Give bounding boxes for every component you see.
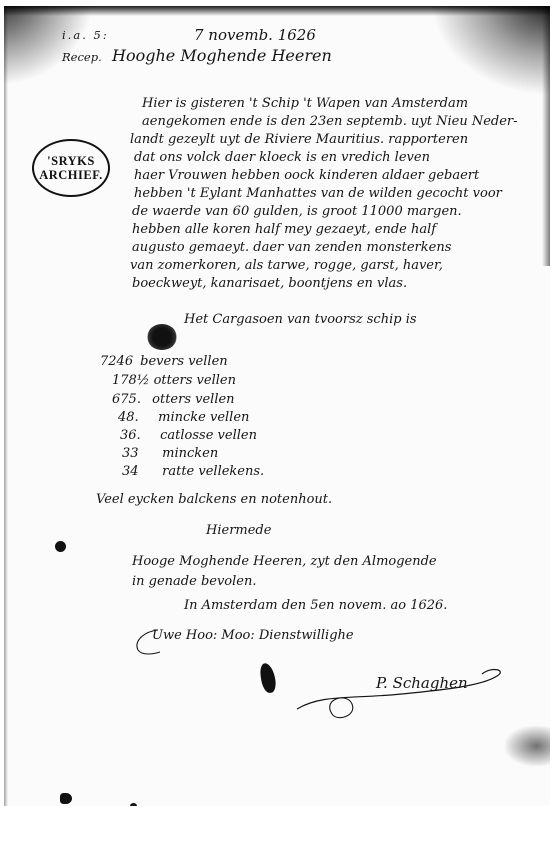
body-line: hebben 't Eylant Manhattes van de wilden… xyxy=(134,186,502,201)
marginalia-received: Recep. xyxy=(62,50,102,64)
valediction: Uwe Hoo: Moo: Dienstwillighe xyxy=(152,628,354,643)
body-line: dat ons volck daer kloeck is en vredich … xyxy=(134,150,430,165)
place-date: In Amsterdam den 5en novem. ao 1626. xyxy=(184,598,447,613)
ink-blot xyxy=(147,324,177,350)
cargo-quantity: 34 xyxy=(122,464,158,479)
body-line: boeckweyt, kanarisaet, boontjens en vlas… xyxy=(132,276,407,291)
archive-stamp: 'SRYKS ARCHIEF. xyxy=(32,139,110,197)
cargo-heading: Het Cargasoen van tvoorsz schip is xyxy=(184,312,417,327)
cargo-quantity: 675. xyxy=(112,392,148,407)
body-line: aengekomen ende is den 23en septemb. uyt… xyxy=(142,114,518,129)
stamp-line-2: ARCHIEF. xyxy=(39,168,103,182)
cargo-description: ratte vellekens. xyxy=(162,464,264,479)
cargo-quantity: 7246 xyxy=(100,354,136,369)
body-line: hebben alle koren half mey gezaeyt, ende… xyxy=(132,222,436,237)
cargo-item: 36. catlosse vellen xyxy=(120,428,257,443)
cargo-item: 7246 bevers vellen xyxy=(100,354,228,369)
ink-blot xyxy=(259,662,277,694)
marginalia-received-date: 7 novemb. 1626 xyxy=(194,26,316,44)
cargo-item: 48. mincke vellen xyxy=(118,410,249,425)
cargo-quantity: 33 xyxy=(122,446,158,461)
cargo-quantity: 48. xyxy=(118,410,154,425)
marginalia-reference: i.a. 5: xyxy=(62,28,109,42)
closing-line-1: Hooge Moghende Heeren, zyt den Almogende xyxy=(132,554,437,569)
signature-flourish xyxy=(292,664,512,724)
cargo-description: mincken xyxy=(162,446,218,461)
cargo-item: 178½ otters vellen xyxy=(112,373,236,388)
closing-line-2: in genade bevolen. xyxy=(132,574,257,589)
cargo-item: 34 ratte vellekens. xyxy=(122,464,264,479)
cargo-description: otters vellen xyxy=(154,373,236,388)
body-line: landt gezeylt uyt de Riviere Mauritius. … xyxy=(130,132,468,147)
signature: P. Schaghen xyxy=(376,674,468,692)
cargo-description: bevers vellen xyxy=(140,354,228,369)
body-line: augusto gemaeyt. daer van zenden monster… xyxy=(132,240,451,255)
cargo-description: otters vellen xyxy=(152,392,234,407)
body-line: van zomerkoren, als tarwe, rogge, garst,… xyxy=(130,258,443,273)
ink-blot xyxy=(60,793,72,804)
cargo-item: 675. otters vellen xyxy=(112,392,235,407)
scan-smudge-bottom-right xyxy=(505,726,550,766)
cargo-quantity: 36. xyxy=(120,428,156,443)
closing-hiermede: Hiermede xyxy=(206,523,271,538)
cargo-description: mincke vellen xyxy=(158,410,249,425)
stamp-line-1: 'SRYKS xyxy=(47,154,95,168)
scan-corner-shadow-top-left xyxy=(4,6,94,86)
ink-blot xyxy=(130,803,137,806)
cargo-footer: Veel eycken balckens en notenhout. xyxy=(96,492,332,507)
ink-blot xyxy=(55,541,66,552)
manuscript-page: 'SRYKS ARCHIEF. i.a. 5: 7 novemb. 1626 R… xyxy=(4,6,550,806)
body-line: haer Vrouwen hebben oock kinderen aldaer… xyxy=(134,168,479,183)
body-line: de waerde van 60 gulden, is groot 11000 … xyxy=(132,204,462,219)
scan-corner-shadow-top-right xyxy=(430,6,550,96)
cargo-item: 33 mincken xyxy=(122,446,218,461)
cargo-description: catlosse vellen xyxy=(160,428,257,443)
salutation: Hooghe Moghende Heeren xyxy=(112,46,332,65)
scan-edge-shadow-right xyxy=(542,6,550,266)
cargo-quantity: 178½ xyxy=(112,373,149,388)
valediction-flourish xyxy=(132,624,162,660)
body-line: Hier is gisteren 't Schip 't Wapen van A… xyxy=(142,96,468,111)
scan-edge-shadow-left xyxy=(4,6,8,806)
